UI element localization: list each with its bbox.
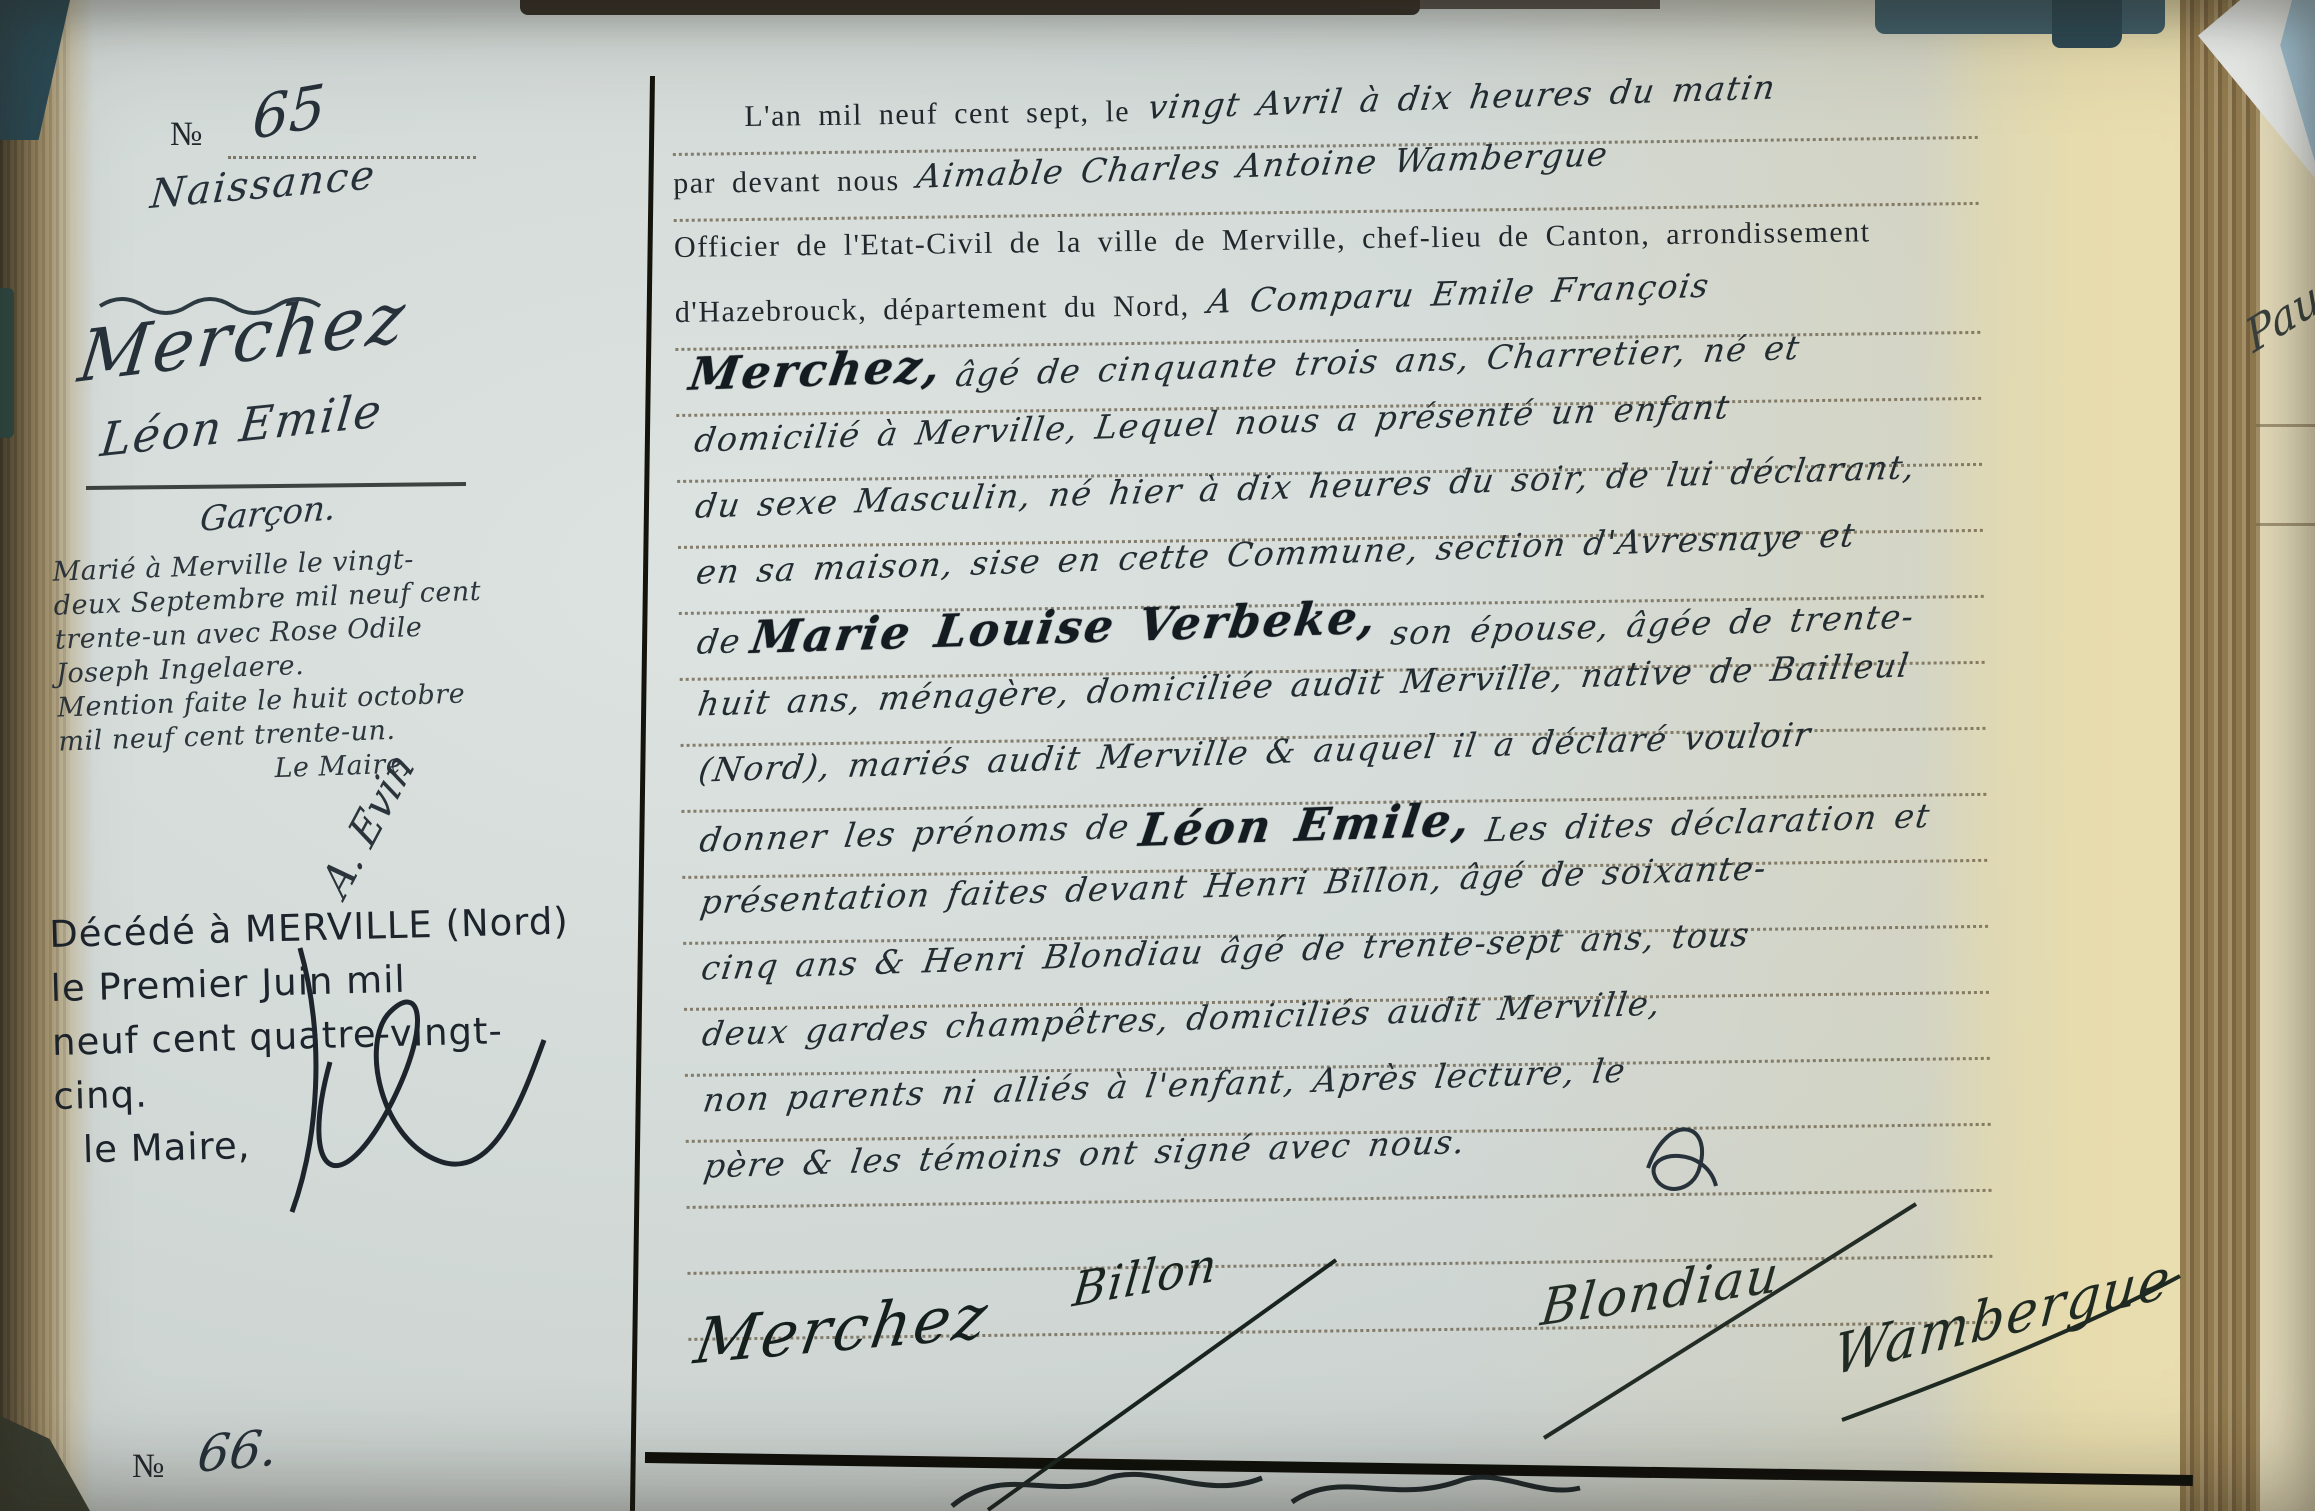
adjacent-page-ruled-line — [2256, 424, 2315, 427]
margin-underline-rule — [86, 482, 466, 490]
next-record-number-value: 66. — [195, 1418, 281, 1484]
death-marginal-note: Décédé à MERVILLE (Nord) le Premier Juin… — [49, 896, 516, 1178]
adjacent-page-edge — [2260, 0, 2315, 1511]
book-right-page-edges — [2180, 0, 2268, 1511]
record-number-label: № — [170, 116, 204, 154]
next-record-number-label: № — [132, 1448, 166, 1486]
margin-separator-rule — [630, 76, 655, 1511]
birth-act-text: L'an mil neuf cent sept, levingt Avril à… — [672, 73, 1993, 1341]
margin-given-names: Léon Emile — [98, 383, 386, 468]
adjacent-page-ruled-line — [2256, 523, 2315, 526]
left-edge-dark-strip — [0, 288, 14, 438]
register-page-photo: № 65 Naissance Merchez Léon Emile Garçon… — [0, 0, 2315, 1511]
record-number-value: 65 — [251, 71, 326, 153]
death-note-signoff: le Maire, — [54, 1112, 515, 1178]
next-act-partial-writing — [952, 1474, 1262, 1506]
record-type-label: Naissance — [148, 152, 378, 218]
book-top-edge-shadow-2 — [1360, 0, 1660, 9]
book-top-edge-shadow — [520, 0, 1420, 15]
margin-sex: Garçon. — [198, 488, 337, 540]
next-act-partial-writing — [1292, 1477, 1580, 1502]
marriage-marginal-note: Marié à Merville le vingt- deux Septembr… — [52, 540, 500, 793]
background-object-top-right-2 — [2052, 0, 2122, 48]
margin-surname: Merchez — [74, 275, 412, 399]
